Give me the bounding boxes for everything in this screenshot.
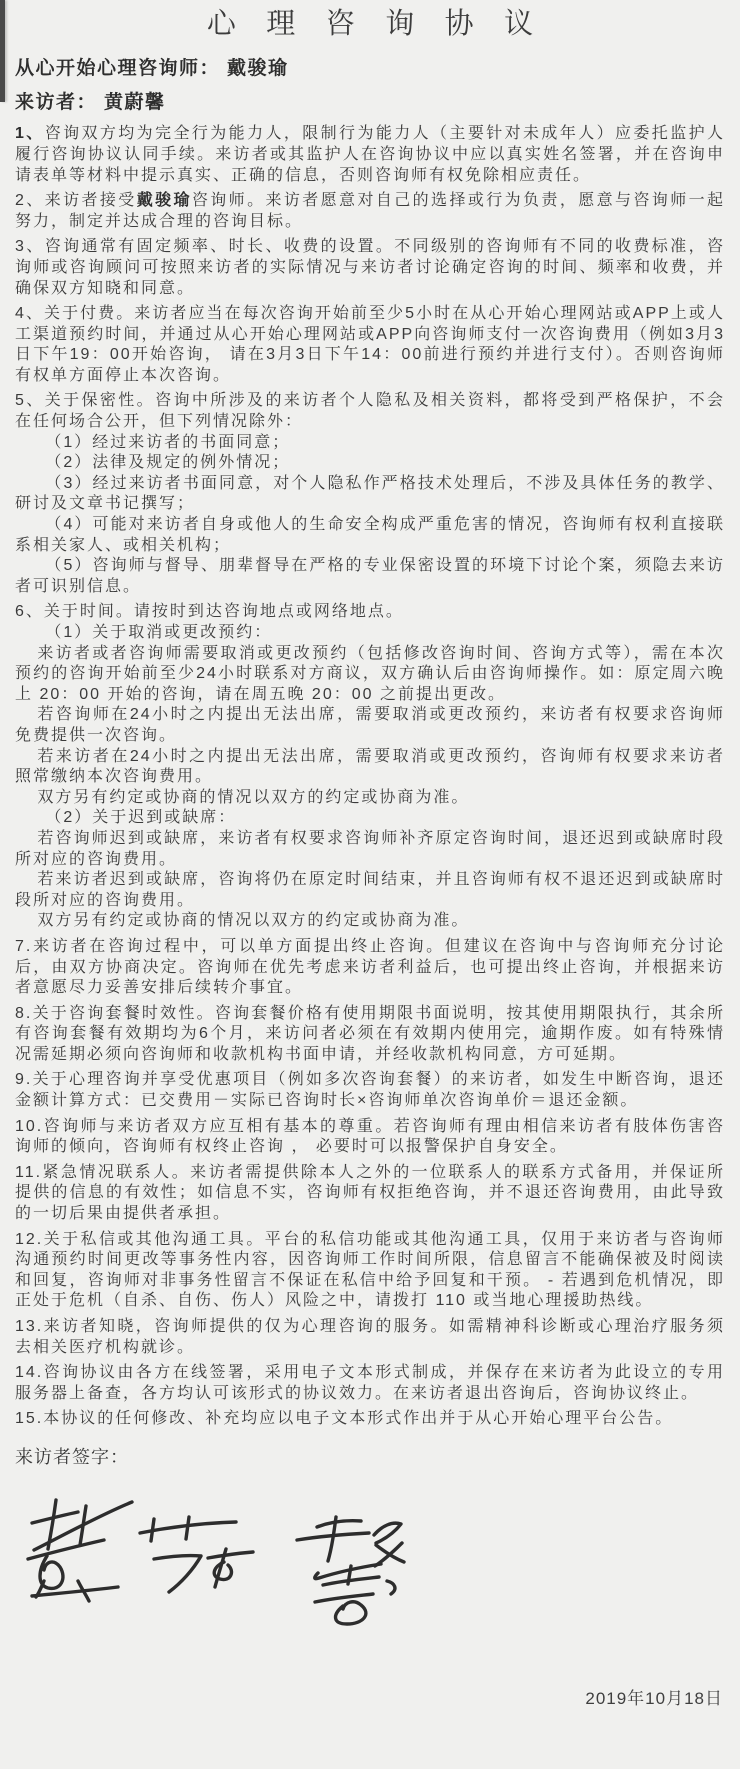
counselor-label: 从心开始心理咨询师： [15, 58, 220, 79]
clause: 14.咨询协议由各方在线签署，采用电子文本形式制成，并保存在来访者为此设立的专用… [15, 1363, 725, 1404]
counselor-name: 戴骏瑜 [227, 58, 289, 79]
clause-text: 14.咨询协议由各方在线签署，采用电子文本形式制成，并保存在来访者为此设立的专用… [15, 1364, 725, 1402]
clause-text: 咨询双方均为完全行为能力人，限制行为能力人（主要针对未成年人）应委托监护人履行咨… [15, 125, 725, 183]
clause-paragraph: 若咨询师在24小时之内提出无法出席，需要取消或更改预约，来访者有权要求咨询师免费… [15, 705, 725, 746]
clause-paragraph: 2、来访者接受戴骏瑜咨询师。来访者愿意对自己的选择或行为负责，愿意与咨询师一起努… [15, 191, 725, 232]
clause: 2、来访者接受戴骏瑜咨询师。来访者愿意对自己的选择或行为负责，愿意与咨询师一起努… [15, 191, 725, 232]
clause-text: 2、来访者接受 [15, 192, 137, 209]
clause: 8.关于咨询套餐时效性。咨询套餐价格有使用期限书面说明，按其使用期限执行，其余所… [15, 1004, 725, 1066]
clause-text: 13.来访者知晓，咨询师提供的仅为心理咨询的服务。如需精神科诊断或心理治疗服务须… [15, 1318, 725, 1356]
clause: 12.关于私信或其他沟通工具。平台的私信功能或其他沟通工具，仅用于来访者与咨询师… [15, 1230, 725, 1312]
clause-paragraph: （2）关于迟到或缺席： [15, 808, 725, 829]
emphasized-text: 戴骏瑜 [137, 192, 192, 209]
clause-text: 12.关于私信或其他沟通工具。平台的私信功能或其他沟通工具，仅用于来访者与咨询师… [15, 1231, 725, 1310]
clause-text: 4、关于付费。来访者应当在每次咨询开始前至少5小时在从心开始心理网站或APP上或… [15, 305, 725, 384]
visitor-signature-drawing [20, 1493, 440, 1635]
clause: 9.关于心理咨询并享受优惠项目（例如多次咨询套餐）的来访者，如发生中断咨询，退还… [15, 1070, 725, 1111]
clause-paragraph: 双方另有约定或协商的情况以双方的约定或协商为准。 [15, 788, 725, 809]
clause: 15.本协议的任何修改、补充均应以电子文本形式作出并于从心开始心理平台公告。 [15, 1409, 725, 1430]
clause: 13.来访者知晓，咨询师提供的仅为心理咨询的服务。如需精神科诊断或心理治疗服务须… [15, 1317, 725, 1358]
clause-paragraph: （4）可能对来访者自身或他人的生命安全构成严重危害的情况，咨询师有权利直接联系相… [15, 515, 725, 556]
clause-text: 8.关于咨询套餐时效性。咨询套餐价格有使用期限书面说明，按其使用期限执行，其余所… [15, 1005, 725, 1063]
clause-text: （4）可能对来访者自身或他人的生命安全构成严重危害的情况，咨询师有权利直接联系相… [15, 516, 725, 554]
clause: 4、关于付费。来访者应当在每次咨询开始前至少5小时在从心开始心理网站或APP上或… [15, 304, 725, 386]
clause-text: 若来访者在24小时之内提出无法出席，需要取消或更改预约，咨询师有权要求来访者照常… [15, 748, 725, 786]
clause-paragraph: （1）关于取消或更改预约： [15, 623, 725, 644]
clause: 11.紧急情况联系人。来访者需提供除本人之外的一位联系人的联系方式备用，并保证所… [15, 1163, 725, 1225]
counselor-line: 从心开始心理咨询师：戴骏瑜 [15, 56, 725, 82]
clause-text: 3、咨询通常有固定频率、时长、收费的设置。不同级别的咨询师有不同的收费标准，咨询… [15, 238, 725, 296]
clause-paragraph: 10.咨询师与来访者双方应互相有基本的尊重。若咨询师有理由相信来访者有肢体伤害咨… [15, 1117, 725, 1158]
clause-text: （2）法律及规定的例外情况； [45, 454, 290, 471]
signature-area [20, 1493, 725, 1635]
clause-paragraph: 9.关于心理咨询并享受优惠项目（例如多次咨询套餐）的来访者，如发生中断咨询，退还… [15, 1070, 725, 1111]
clause-text: 若咨询师在24小时之内提出无法出席，需要取消或更改预约，来访者有权要求咨询师免费… [15, 706, 725, 744]
clause-text: 若咨询师迟到或缺席，来访者有权要求咨询师补齐原定咨询时间，退还迟到或缺席时段所对… [15, 830, 725, 868]
clause-paragraph: 12.关于私信或其他沟通工具。平台的私信功能或其他沟通工具，仅用于来访者与咨询师… [15, 1230, 725, 1312]
clause-text: 5、关于保密性。咨询中所涉及的来访者个人隐私及相关资料，都将受到严格保护，不会在… [15, 392, 725, 430]
clause-text: 双方另有约定或协商的情况以双方的约定或协商为准。 [37, 912, 469, 929]
clause: 3、咨询通常有固定频率、时长、收费的设置。不同级别的咨询师有不同的收费标准，咨询… [15, 237, 725, 299]
clause-paragraph: 8.关于咨询套餐时效性。咨询套餐价格有使用期限书面说明，按其使用期限执行，其余所… [15, 1004, 725, 1066]
clause-text: （3）经过来访者书面同意，对个人隐私作严格技术处理后，不涉及具体任务的教学、研讨… [15, 475, 725, 513]
clause-paragraph: 若来访者迟到或缺席，咨询将仍在原定时间结束，并且咨询师有权不退还迟到或缺席时段所… [15, 870, 725, 911]
clause-paragraph: 来访者或者咨询师需要取消或更改预约（包括修改咨询时间、咨询方式等），需在本次预约… [15, 644, 725, 706]
clause-text: 7.来访者在咨询过程中，可以单方面提出终止咨询。但建议在咨询中与咨询师充分讨论后… [15, 938, 725, 996]
clause-paragraph: （3）经过来访者书面同意，对个人隐私作严格技术处理后，不涉及具体任务的教学、研讨… [15, 474, 725, 515]
clause: 10.咨询师与来访者双方应互相有基本的尊重。若咨询师有理由相信来访者有肢体伤害咨… [15, 1117, 725, 1158]
clause-text: （2）关于迟到或缺席： [45, 809, 236, 826]
clause-text: 9.关于心理咨询并享受优惠项目（例如多次咨询套餐）的来访者，如发生中断咨询，退还… [15, 1071, 725, 1109]
clause-paragraph: 双方另有约定或协商的情况以双方的约定或协商为准。 [15, 911, 725, 932]
agreement-date: 2019年10月18日 [585, 1684, 723, 1709]
clause-paragraph: 14.咨询协议由各方在线签署，采用电子文本形式制成，并保存在来访者为此设立的专用… [15, 1363, 725, 1404]
clause: 7.来访者在咨询过程中，可以单方面提出终止咨询。但建议在咨询中与咨询师充分讨论后… [15, 937, 725, 999]
clause-text: （5）咨询师与督导、朋辈督导在严格的专业保密设置的环境下讨论个案，须隐去来访者可… [15, 557, 725, 595]
clause-paragraph: 7.来访者在咨询过程中，可以单方面提出终止咨询。但建议在咨询中与咨询师充分讨论后… [15, 937, 725, 999]
clause-paragraph: 3、咨询通常有固定频率、时长、收费的设置。不同级别的咨询师有不同的收费标准，咨询… [15, 237, 725, 299]
clause: 5、关于保密性。咨询中所涉及的来访者个人隐私及相关资料，都将受到严格保护，不会在… [15, 391, 725, 597]
clause-paragraph: 6、关于时间。请按时到达咨询地点或网络地点。 [15, 602, 725, 623]
clause-paragraph: （2）法律及规定的例外情况； [15, 453, 725, 474]
clause-text: 15.本协议的任何修改、补充均应以电子文本形式作出并于从心开始心理平台公告。 [15, 1410, 673, 1427]
signature-label: 来访者签字： [15, 1445, 725, 1469]
clause-text: （1）经过来访者的书面同意； [45, 434, 290, 451]
clause-list: 1、咨询双方均为完全行为能力人，限制行为能力人（主要针对未成年人）应委托监护人履… [15, 124, 725, 1430]
clause-paragraph: 5、关于保密性。咨询中所涉及的来访者个人隐私及相关资料，都将受到严格保护，不会在… [15, 391, 725, 432]
clause: 6、关于时间。请按时到达咨询地点或网络地点。（1）关于取消或更改预约：来访者或者… [15, 602, 725, 932]
clause-paragraph: （5）咨询师与督导、朋辈督导在严格的专业保密设置的环境下讨论个案，须隐去来访者可… [15, 556, 725, 597]
clause-paragraph: 15.本协议的任何修改、补充均应以电子文本形式作出并于从心开始心理平台公告。 [15, 1409, 725, 1430]
page-title: 心理咨询协议 [15, 8, 725, 41]
visitor-line: 来访者：黄蔚馨 [15, 90, 725, 116]
clause-paragraph: 1、咨询双方均为完全行为能力人，限制行为能力人（主要针对未成年人）应委托监护人履… [15, 124, 725, 186]
clause-text: 来访者或者咨询师需要取消或更改预约（包括修改咨询时间、咨询方式等），需在本次预约… [15, 645, 725, 703]
clause: 1、咨询双方均为完全行为能力人，限制行为能力人（主要针对未成年人）应委托监护人履… [15, 124, 725, 186]
visitor-name: 黄蔚馨 [104, 92, 166, 113]
clause-text: 双方另有约定或协商的情况以双方的约定或协商为准。 [37, 789, 469, 806]
clause-text: 11.紧急情况联系人。来访者需提供除本人之外的一位联系人的联系方式备用，并保证所… [15, 1164, 725, 1222]
clause-paragraph: 13.来访者知晓，咨询师提供的仅为心理咨询的服务。如需精神科诊断或心理治疗服务须… [15, 1317, 725, 1358]
clause-paragraph: 若来访者在24小时之内提出无法出席，需要取消或更改预约，咨询师有权要求来访者照常… [15, 747, 725, 788]
clause-text: 6、关于时间。请按时到达咨询地点或网络地点。 [15, 603, 404, 620]
emphasized-text: 1、 [15, 125, 45, 142]
clause-paragraph: 11.紧急情况联系人。来访者需提供除本人之外的一位联系人的联系方式备用，并保证所… [15, 1163, 725, 1225]
left-edge-scrollbar [0, 0, 5, 102]
clause-text: 若来访者迟到或缺席，咨询将仍在原定时间结束，并且咨询师有权不退还迟到或缺席时段所… [15, 871, 725, 909]
clause-text: （1）关于取消或更改预约： [45, 624, 272, 641]
clause-text: 10.咨询师与来访者双方应互相有基本的尊重。若咨询师有理由相信来访者有肢体伤害咨… [15, 1118, 725, 1156]
agreement-document: 心理咨询协议 从心开始心理咨询师：戴骏瑜 来访者：黄蔚馨 1、咨询双方均为完全行… [0, 0, 740, 1635]
visitor-label: 来访者： [15, 92, 97, 113]
clause-paragraph: （1）经过来访者的书面同意； [15, 433, 725, 454]
clause-paragraph: 4、关于付费。来访者应当在每次咨询开始前至少5小时在从心开始心理网站或APP上或… [15, 304, 725, 386]
clause-paragraph: 若咨询师迟到或缺席，来访者有权要求咨询师补齐原定咨询时间，退还迟到或缺席时段所对… [15, 829, 725, 870]
